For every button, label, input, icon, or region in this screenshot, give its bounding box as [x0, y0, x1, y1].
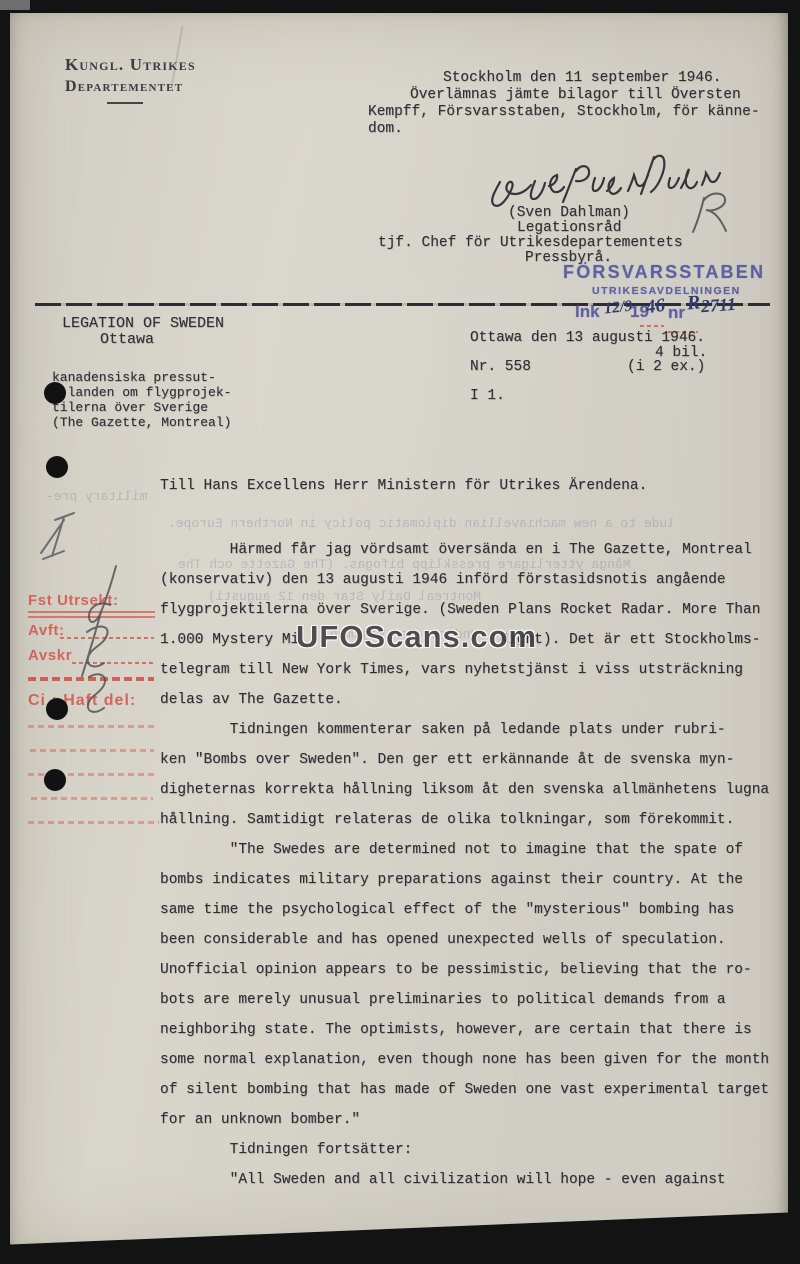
body-line: telegram till New York Times, vars nyhet…: [160, 655, 743, 685]
letterhead-rule: [107, 102, 143, 104]
registry-r-handwritten: R: [686, 291, 701, 315]
body-line: Unofficial opinion appears to be pessimi…: [160, 955, 752, 985]
body-line: ken "Bombs over Sweden". Den ger ett erk…: [160, 745, 734, 775]
punch-hole: [46, 698, 68, 720]
received-stamp-line1: FÖRSVARSSTABEN: [563, 262, 765, 283]
registry-nr-stamp: nr: [668, 303, 685, 323]
body-line: "All Sweden and all civilization will ho…: [160, 1165, 726, 1195]
letterhead-line2: Departementet: [65, 78, 183, 96]
letterhead-line1: Kungl. Utrikes: [65, 55, 196, 75]
margin-faded-dashline: [28, 725, 156, 728]
body-line: hållning. Samtidigt relateras de olika t…: [160, 805, 734, 835]
punch-hole: [44, 769, 66, 791]
forward-note-line1: Stockholm den 11 september 1946.: [443, 70, 721, 86]
body-line: bots are merely unusual preliminaries to…: [160, 985, 726, 1015]
body-line: Tidningen kommenterar saken på ledande p…: [160, 715, 726, 745]
sender-title: Legationsråd: [517, 220, 621, 236]
subject-line: tilerna över Sverige: [52, 400, 208, 415]
body-line: bombs indicates military preparations ag…: [160, 865, 743, 895]
margin-fst-line1: [28, 611, 155, 613]
reference-ex: (i 2 ex.): [627, 359, 705, 375]
legation-line2: Ottawa: [100, 331, 154, 348]
body-line: (konservativ) den 13 augusti 1946 införd…: [160, 565, 726, 595]
margin-fst-line2: [28, 616, 155, 618]
body-line: "The Swedes are determined not to imagin…: [160, 835, 743, 865]
ghost-text-line: military pre-: [46, 489, 147, 504]
forward-note-line2: Överlämnas jämte bilagor till Översten: [410, 87, 741, 103]
body-line: digheternas korrekta hållning liksom åt …: [160, 775, 769, 805]
salutation: Till Hans Excellens Herr Ministern för U…: [160, 478, 647, 494]
body-line: of silent bombing that has made of Swede…: [160, 1075, 769, 1105]
body-line: neighborihg state. The optimists, howeve…: [160, 1015, 752, 1045]
margin-stamp-cir: Ci : Haft del:: [28, 692, 136, 710]
punch-hole: [46, 456, 68, 478]
body-line: same time the psychological effect of th…: [160, 895, 734, 925]
body-line: delas av The Gazette.: [160, 685, 343, 715]
margin-faded-dashline: [28, 821, 159, 824]
scan-background-notch: [0, 0, 30, 10]
subject-line: landen om flygprojek-: [52, 385, 231, 400]
ghost-text-line: lude to a new machiavellian diplomatic p…: [168, 516, 675, 531]
registry-year-handwritten: 46: [645, 295, 667, 319]
body-line: been considerable and has opened unexpec…: [160, 925, 726, 955]
margin-stamp-avskr: Avskr: [28, 647, 72, 664]
margin-stamp-fst: Fst Utrsekt:: [28, 592, 119, 609]
body-line: some normal explanation, even though non…: [160, 1045, 769, 1075]
margin-avskr-dotline: [72, 662, 154, 664]
margin-heavy-dashline: [28, 677, 154, 681]
margin-avft-dotline: [60, 637, 154, 639]
watermark: UFOScans.com: [296, 619, 537, 655]
scanned-letter-page: Kungl. Utrikes Departementet Stockholm d…: [0, 0, 800, 1264]
forward-note-line3: Kempff, Försvarsstaben, Stockholm, för k…: [368, 104, 760, 120]
registry-ink-stamp: Ink: [575, 302, 600, 322]
body-line: Tidningen fortsätter:: [160, 1135, 412, 1165]
registry-red-underline-1: [640, 325, 664, 327]
reference-nr: Nr. 558: [470, 359, 531, 375]
registry-number-handwritten: 2711: [700, 294, 736, 317]
punch-hole: [44, 382, 66, 404]
forward-note-line4: dom.: [368, 121, 403, 137]
registry-date-handwritten: 12/9: [603, 298, 633, 319]
margin-faded-dashline: [30, 749, 154, 752]
sender-name: (Sven Dahlman): [508, 205, 630, 221]
subject-line: kanadensiska pressut-: [52, 370, 216, 385]
body-line: for an unknown bomber.": [160, 1105, 360, 1135]
reference-file: I 1.: [470, 388, 505, 404]
legation-line1: LEGATION OF SWEDEN: [62, 315, 224, 332]
subject-line: (The Gazette, Montreal): [52, 415, 231, 430]
reference-place-date: Ottawa den 13 augusti 1946.: [470, 330, 705, 346]
margin-faded-dashline: [31, 797, 153, 800]
sender-role: tjf. Chef för Utrikesdepartementets: [378, 235, 683, 251]
body-line: Härmed får jag vördsamt översända en i T…: [160, 535, 752, 565]
